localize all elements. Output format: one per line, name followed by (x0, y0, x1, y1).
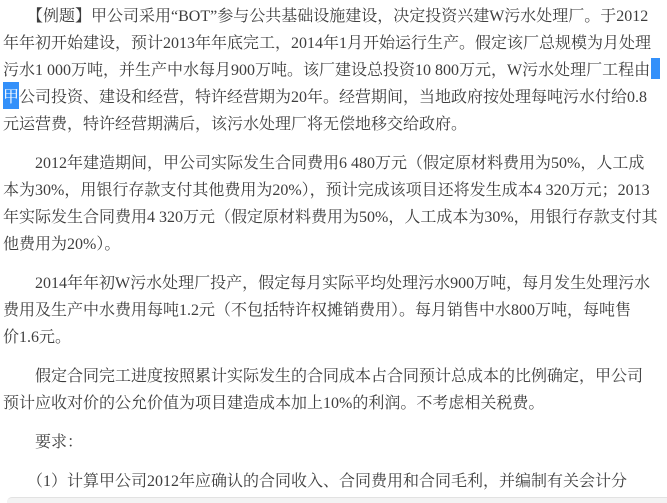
text-line[interactable]: 费用及生产中水费用每吨1.2元（不包括特许权摊销费用）。每月销售中水800万吨，… (3, 297, 665, 324)
text-line[interactable]: 要求： (3, 429, 665, 456)
text-segment: 污水1 000万吨，并生产中水每月900万吨。该厂建设总投资10 800万元，W… (3, 62, 650, 79)
text-line[interactable]: （1）计算甲公司2012年应确认的合同收入、合同费用和合同毛利，并编制有关会计分 (3, 468, 665, 495)
text-segment: 要求： (3, 434, 83, 451)
text-segment: 预计应收对价的公允价值为项目建造成本加上10%的利润。不考虑相关税费。 (3, 395, 544, 412)
document-page: 【例题】甲公司采用“BOT”参与公共基础设施建设，决定投资兴建W污水处理厂。于2… (0, 0, 667, 503)
text-line[interactable]: 他费用为20%）。 (3, 231, 665, 258)
text-segment: 元运营费，特许经营期满后，该污水处理厂将无偿地移交给政府。 (3, 116, 467, 133)
text-segment: 公司投资、建设和经营，特许经营期为20年。经营期间，当地政府按处理每吨污水付给0… (19, 89, 647, 106)
text-segment: 年年初开始建设，预计2013年年底完工，2014年1月开始运行生产。假定该厂总规… (3, 35, 651, 52)
text-segment: 假定合同完工进度按照累计实际发生的合同成本占合同预计总成本的比例确定，甲公司 (3, 368, 643, 385)
paragraph-4: 假定合同完工进度按照累计实际发生的合同成本占合同预计总成本的比例确定，甲公司预计… (3, 363, 665, 417)
text-segment: 价1.6元。 (3, 329, 71, 346)
paragraph-6: （1）计算甲公司2012年应确认的合同收入、合同费用和合同毛利，并编制有关会计分 (3, 468, 665, 495)
text-segment: 他费用为20%）。 (3, 236, 120, 253)
text-line[interactable]: 价1.6元。 (3, 324, 665, 351)
text-segment: 本为30%，用银行存款支付其他费用为20%），预计完成该项目还将发生成本4 32… (3, 182, 650, 199)
selection-end-block (651, 58, 660, 79)
text-line[interactable]: 年年初开始建设，预计2013年年底完工，2014年1月开始运行生产。假定该厂总规… (3, 30, 665, 57)
text-line[interactable]: 假定合同完工进度按照累计实际发生的合同成本占合同预计总成本的比例确定，甲公司 (3, 363, 665, 390)
document-body[interactable]: 【例题】甲公司采用“BOT”参与公共基础设施建设，决定投资兴建W污水处理厂。于2… (0, 0, 667, 495)
text-line[interactable]: 本为30%，用银行存款支付其他费用为20%），预计完成该项目还将发生成本4 32… (3, 177, 665, 204)
text-line[interactable]: 元运营费，特许经营期满后，该污水处理厂将无偿地移交给政府。 (3, 111, 665, 138)
text-segment: 年实际发生合同费用4 320万元（假定原材料费用为50%，人工成本为30%，用银… (3, 209, 658, 226)
paragraph-5: 要求： (3, 429, 665, 456)
text-segment: （1）计算甲公司2012年应确认的合同收入、合同费用和合同毛利，并编制有关会计分 (3, 473, 627, 490)
text-line[interactable]: 污水1 000万吨，并生产中水每月900万吨。该厂建设总投资10 800万元，W… (3, 57, 665, 84)
selected-text[interactable]: 甲 (3, 82, 19, 109)
text-line[interactable]: 预计应收对价的公允价值为项目建造成本加上10%的利润。不考虑相关税费。 (3, 390, 665, 417)
text-line[interactable]: 年实际发生合同费用4 320万元（假定原材料费用为50%，人工成本为30%，用银… (3, 204, 665, 231)
text-line[interactable]: 甲公司投资、建设和经营，特许经营期为20年。经营期间，当地政府按处理每吨污水付给… (3, 84, 665, 111)
paragraph-3: 2014年年初W污水处理厂投产，假定每月实际平均处理污水900万吨，每月发生处理… (3, 270, 665, 351)
text-segment: 费用及生产中水费用每吨1.2元（不包括特许权摊销费用）。每月销售中水800万吨，… (3, 302, 631, 319)
text-line[interactable]: 【例题】甲公司采用“BOT”参与公共基础设施建设，决定投资兴建W污水处理厂。于2… (3, 3, 665, 30)
text-line[interactable]: 2012年建造期间，甲公司实际发生合同费用6 480万元（假定原材料费用为50%… (3, 150, 665, 177)
text-line[interactable]: 2014年年初W污水处理厂投产，假定每月实际平均处理污水900万吨，每月发生处理… (3, 270, 665, 297)
bottom-edge-bar (7, 497, 667, 503)
paragraph-1: 【例题】甲公司采用“BOT”参与公共基础设施建设，决定投资兴建W污水处理厂。于2… (3, 3, 665, 138)
text-segment: 2012年建造期间，甲公司实际发生合同费用6 480万元（假定原材料费用为50%… (3, 155, 644, 172)
text-segment: 【例题】甲公司采用“BOT”参与公共基础设施建设，决定投资兴建W污水处理厂。于2… (3, 8, 648, 25)
text-segment: 2014年年初W污水处理厂投产，假定每月实际平均处理污水900万吨，每月发生处理… (3, 275, 650, 292)
paragraph-2: 2012年建造期间，甲公司实际发生合同费用6 480万元（假定原材料费用为50%… (3, 150, 665, 258)
